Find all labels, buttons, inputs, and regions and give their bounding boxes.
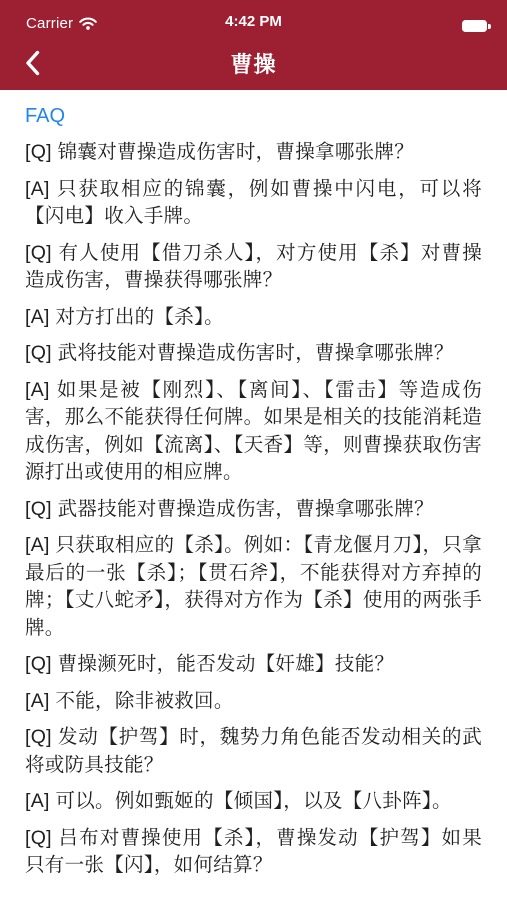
chevron-left-icon bbox=[25, 50, 40, 76]
faq-question: [Q] 武器技能对曹操造成伤害，曹操拿哪张牌？ bbox=[25, 496, 482, 524]
faq-answer: [A] 只获取相应的【杀】。例如：【青龙偃月刀】，只拿最后的一张【杀】；【贯石斧… bbox=[25, 532, 482, 642]
status-time: 4:42 PM bbox=[0, 13, 507, 30]
faq-list: [Q] 锦囊对曹操造成伤害时，曹操拿哪张牌？[A] 只获取相应的锦囊，例如曹操中… bbox=[25, 139, 482, 880]
faq-answer: [A] 对方打出的【杀】。 bbox=[25, 304, 482, 332]
faq-answer: [A] 可以。例如甄姬的【倾国】，以及【八卦阵】。 bbox=[25, 788, 482, 816]
faq-answer: [A] 如果是被【刚烈】、【离间】、【雷击】等造成伤害，那么不能获得任何牌。如果… bbox=[25, 377, 482, 487]
faq-question: [Q] 曹操濒死时，能否发动【奸雄】技能？ bbox=[25, 651, 482, 679]
faq-question: [Q] 锦囊对曹操造成伤害时，曹操拿哪张牌？ bbox=[25, 139, 482, 167]
faq-section-label[interactable]: FAQ bbox=[25, 103, 482, 129]
nav-bar: 曹操 bbox=[0, 36, 507, 90]
status-bar: Carrier 4:42 PM bbox=[0, 0, 507, 36]
faq-question: [Q] 发动【护驾】时，魏势力角色能否发动相关的武将或防具技能？ bbox=[25, 724, 482, 779]
battery-icon bbox=[462, 20, 487, 32]
faq-answer: [A] 只获取相应的锦囊，例如曹操中闪电，可以将【闪电】收入手牌。 bbox=[25, 176, 482, 231]
faq-question: [Q] 武将技能对曹操造成伤害时，曹操拿哪张牌？ bbox=[25, 340, 482, 368]
faq-question: [Q] 有人使用【借刀杀人】，对方使用【杀】对曹操造成伤害，曹操获得哪张牌？ bbox=[25, 240, 482, 295]
page-title: 曹操 bbox=[230, 48, 276, 79]
faq-answer: [A] 不能，除非被救回。 bbox=[25, 688, 482, 716]
app-header: Carrier 4:42 PM 曹操 bbox=[0, 0, 507, 90]
faq-question: [Q] 吕布对曹操使用【杀】，曹操发动【护驾】如果只有一张【闪】，如何结算？ bbox=[25, 825, 482, 880]
faq-scroll-area[interactable]: FAQ [Q] 锦囊对曹操造成伤害时，曹操拿哪张牌？[A] 只获取相应的锦囊，例… bbox=[0, 90, 507, 900]
back-button[interactable] bbox=[14, 44, 50, 82]
